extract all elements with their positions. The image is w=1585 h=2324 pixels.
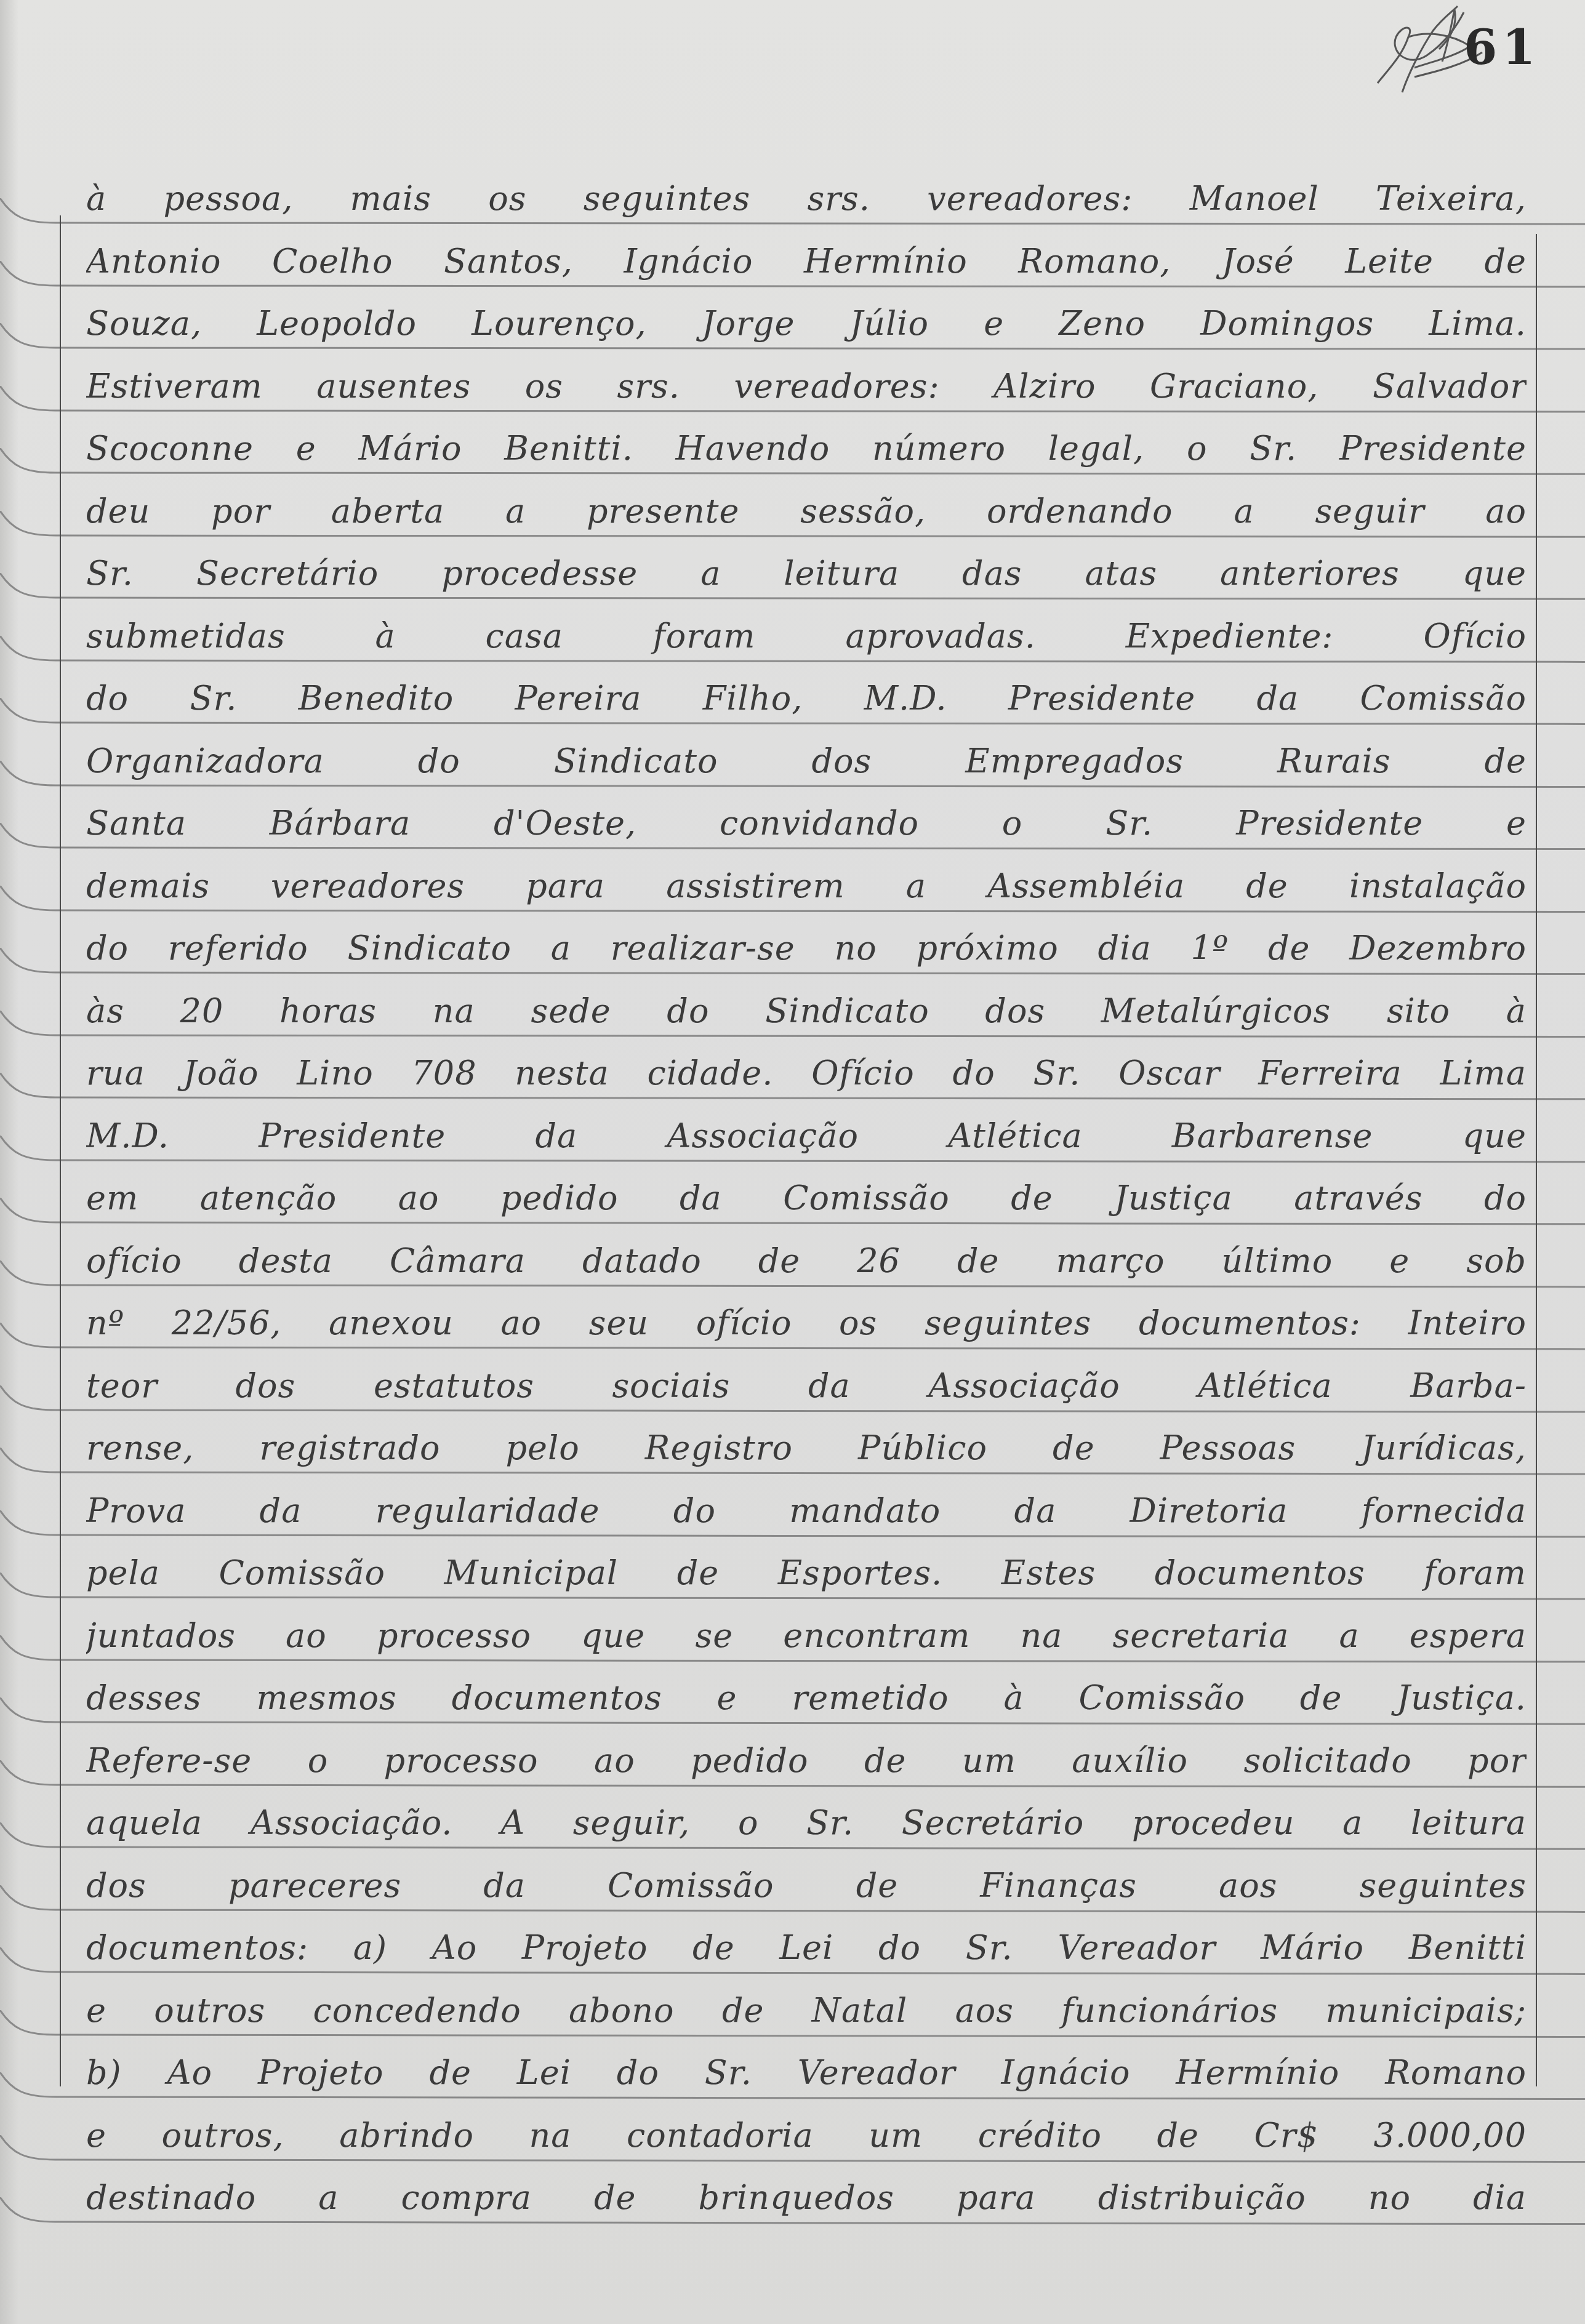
text-line: em atenção ao pedido da Comissão de Just… — [86, 1171, 1527, 1226]
text-line: Santa Bárbara d'Oeste, convidando o Sr. … — [86, 796, 1527, 851]
text-line: Prova da regularidade do mandato da Dire… — [86, 1483, 1527, 1539]
text-line: Sr. Secretário procedesse a leitura das … — [86, 546, 1527, 601]
text-line: e outros concedendo abono de Natal aos f… — [86, 1983, 1527, 2038]
text-line: aquela Associação. A seguir, o Sr. Secre… — [86, 1795, 1527, 1851]
text-line: Refere-se o processo ao pedido de um aux… — [86, 1733, 1527, 1789]
handwritten-text-body: à pessoa, mais os seguintes srs. vereado… — [0, 0, 1585, 2324]
text-line: submetidas à casa foram aprovadas. Exped… — [86, 609, 1527, 664]
text-line: Scoconne e Mário Benitti. Havendo número… — [86, 421, 1527, 476]
text-line: Antonio Coelho Santos, Ignácio Hermínio … — [86, 234, 1527, 289]
text-line: desses mesmos documentos e remetido à Co… — [86, 1670, 1527, 1726]
text-line: documentos: a) Ao Projeto de Lei do Sr. … — [86, 1920, 1527, 1976]
text-line: teor dos estatutos sociais da Associação… — [86, 1358, 1527, 1414]
text-line: dos pareceres da Comissão de Finanças ao… — [86, 1858, 1527, 1913]
text-line: rense, registrado pelo Registro Público … — [86, 1420, 1527, 1476]
text-line: nº 22/56, anexou ao seu ofício os seguin… — [86, 1296, 1527, 1351]
text-line: Estiveram ausentes os srs. vereadores: A… — [86, 359, 1527, 414]
text-line: à pessoa, mais os seguintes srs. vereado… — [86, 171, 1527, 226]
text-line: Organizadora do Sindicato dos Empregados… — [86, 734, 1527, 789]
text-line: e outros, abrindo na contadoria um crédi… — [86, 2108, 1527, 2163]
text-line: Souza, Leopoldo Lourenço, Jorge Júlio e … — [86, 296, 1527, 351]
text-line: M.D. Presidente da Associação Atlética B… — [86, 1108, 1527, 1164]
text-line: do referido Sindicato a realizar-se no p… — [86, 921, 1527, 976]
text-line: ofício desta Câmara datado de 26 de març… — [86, 1233, 1527, 1289]
text-line: juntados ao processo que se encontram na… — [86, 1608, 1527, 1664]
text-line: demais vereadores para assistirem a Asse… — [86, 859, 1527, 914]
text-line: às 20 horas na sede do Sindicato dos Met… — [86, 984, 1527, 1039]
text-line: do Sr. Benedito Pereira Filho, M.D. Pres… — [86, 671, 1527, 726]
text-line: deu por aberta a presente sessão, ordena… — [86, 484, 1527, 539]
text-line: rua João Lino 708 nesta cidade. Ofício d… — [86, 1046, 1527, 1101]
text-line: b) Ao Projeto de Lei do Sr. Vereador Ign… — [86, 2045, 1527, 2101]
document-page: 61 à pessoa, mais os seguintes srs. vere… — [0, 0, 1585, 2324]
text-line: destinado a compra de brinquedos para di… — [86, 2170, 1527, 2226]
text-line: pela Comissão Municipal de Esportes. Est… — [86, 1545, 1527, 1601]
